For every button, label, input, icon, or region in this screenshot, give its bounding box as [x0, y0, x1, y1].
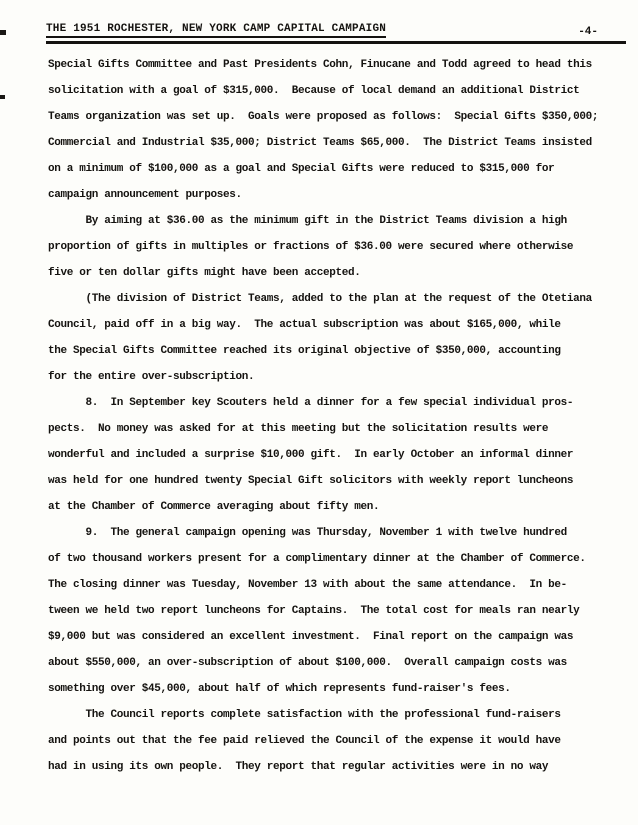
- paragraph-district-teams-result: (The division of District Teams, added t…: [48, 286, 624, 390]
- paragraph-item-8: 8. In September key Scouters held a dinn…: [48, 390, 624, 520]
- scan-artifact: [0, 95, 5, 99]
- document-body: Special Gifts Committee and Past Preside…: [48, 52, 624, 780]
- paragraph-minimum-gift: By aiming at $36.00 as the minimum gift …: [48, 208, 624, 286]
- document-title: THE 1951 ROCHESTER, NEW YORK CAMP CAPITA…: [46, 23, 386, 38]
- document-page: THE 1951 ROCHESTER, NEW YORK CAMP CAPITA…: [0, 0, 638, 825]
- paragraph-council-satisfaction: The Council reports complete satisfactio…: [48, 702, 624, 780]
- page-header: THE 1951 ROCHESTER, NEW YORK CAMP CAPITA…: [46, 23, 626, 44]
- scan-artifact: [0, 30, 6, 35]
- paragraph-continuation: Special Gifts Committee and Past Preside…: [48, 52, 624, 208]
- page-number: -4-: [578, 26, 626, 38]
- paragraph-item-9: 9. The general campaign opening was Thur…: [48, 520, 624, 702]
